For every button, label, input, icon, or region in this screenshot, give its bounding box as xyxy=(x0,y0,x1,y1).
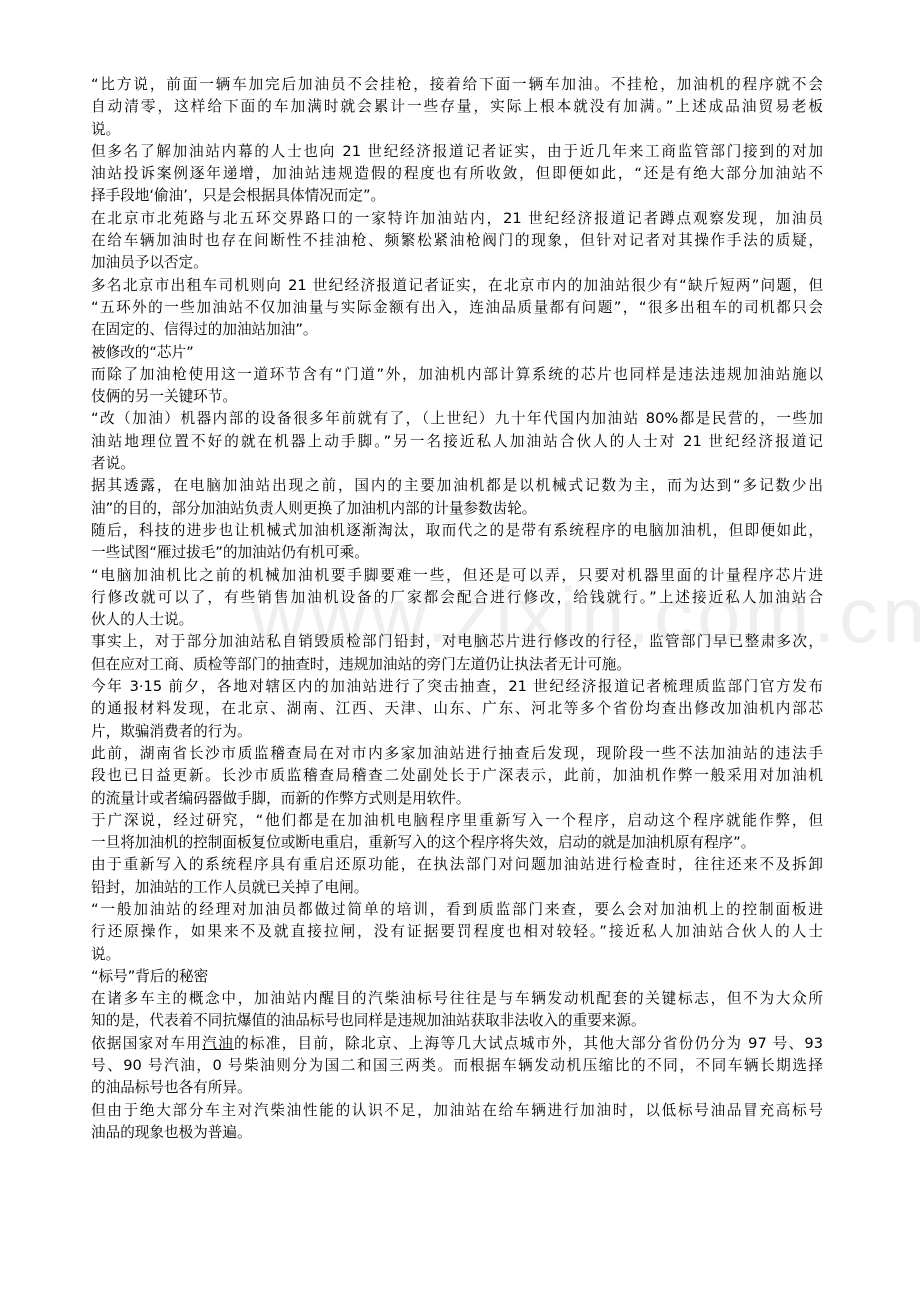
paragraph: 此前，湖南省长沙市质监稽查局在对市内多家加油站进行抽查后发现，现阶段一些不法加油… xyxy=(91,743,823,810)
text-line: 在固定的、信得过的加油站加油”。 xyxy=(91,319,823,341)
paragraph: 由于重新写入的系统程序具有重启还原功能，在执法部门对问题加油站进行检查时，往往还… xyxy=(91,854,823,899)
text-line: 加油员予以否定。 xyxy=(91,252,823,274)
text-line: 段也已日益更新。长沙市质监稽查局稽查二处副处长于广深表示，此前，加油机作弊一般采… xyxy=(91,765,823,787)
text-line: 在诸多车主的概念中，加油站内醒目的汽柴油标号往往是与车辆发动机配套的关键标志，但… xyxy=(91,988,823,1010)
text-line: 但在应对工商、质检等部门的抽查时，违规加油站的旁门左道仍让执法者无计可施。 xyxy=(91,654,823,676)
text-line: 在给车辆加油时也存在间断性不挂油枪、频繁松紧油枪阀门的现象，但针对记者对其操作手… xyxy=(91,230,823,252)
text-line: 此前，湖南省长沙市质监稽查局在对市内多家加油站进行抽查后发现，现阶段一些不法加油… xyxy=(91,743,823,765)
text-line: 伎俩的另一关键环节。 xyxy=(91,386,823,408)
text-line: 自动清零，这样给下面的车加满时就会累计一些存量，实际上根本就没有加满。”上述成品… xyxy=(91,96,823,118)
heading-text: 被修改的“芯片” xyxy=(91,342,823,364)
paragraph: “比方说，前面一辆车加完后加油员不会挂枪，接着给下面一辆车加油。不挂枪，加油机的… xyxy=(91,74,823,141)
text-line: “一般加油站的经理对加油员都做过简单的培训，看到质监部门来查，要么会对加油机上的… xyxy=(91,899,823,921)
text-line: 一旦将加油机的控制面板复位或断电重启，重新写入的这个程序将失效，启动的就是加油机… xyxy=(91,832,823,854)
text-line: 油品的现象也极为普遍。 xyxy=(91,1122,823,1144)
text-segment: 的标准，目前，除北京、上海等几大试点城市外，其他大部分省份仍分为 97 号、93 xyxy=(234,1035,823,1052)
text-line: 行修改就可以了，有些销售加油机设备的厂家都会配合进行修改，给钱就行。”上述接近私… xyxy=(91,587,823,609)
text-line: “五环外的一些加油站不仅加油量与实际金额有出入，连油品质量都有问题”，“很多出租… xyxy=(91,297,823,319)
paragraph: 在北京市北苑路与北五环交界路口的一家特许加油站内，21 世纪经济报道记者蹲点观察… xyxy=(91,208,823,275)
paragraph: “一般加油站的经理对加油员都做过简单的培训，看到质监部门来查，要么会对加油机上的… xyxy=(91,899,823,966)
heading-text: “标号”背后的秘密 xyxy=(91,966,823,988)
text-line: 在北京市北苑路与北五环交界路口的一家特许加油站内，21 世纪经济报道记者蹲点观察… xyxy=(91,208,823,230)
section-heading: “标号”背后的秘密 xyxy=(91,966,823,988)
text-line: 伙人的人士说。 xyxy=(91,609,823,631)
text-line: 一些试图“雁过拔毛”的加油站仍有机可乘。 xyxy=(91,542,823,564)
text-line: “电脑加油机比之前的机械加油机要手脚要难一些，但还是可以弄，只要对机器里面的计量… xyxy=(91,565,823,587)
text-line: 但由于绝大部分车主对汽柴油性能的认识不足，加油站在给车辆进行加油时，以低标号油品… xyxy=(91,1100,823,1122)
text-line: 油站投诉案例逐年递增，加油站违规造假的程度也有所收敛，但即便如此，“还是有绝大部… xyxy=(91,163,823,185)
paragraph: 于广深说，经过研究，“他们都是在加油机电脑程序里重新写入一个程序，启动这个程序就… xyxy=(91,810,823,855)
text-line: 号、90 号汽油，0 号柴油则分为国二和国三两类。而根据车辆发动机压缩比的不同，… xyxy=(91,1055,823,1077)
gasoline-link[interactable]: 汽油 xyxy=(202,1035,234,1052)
text-line: 铅封，加油站的工作人员就已关掉了电闸。 xyxy=(91,877,823,899)
text-line: 片，欺骗消费者的行为。 xyxy=(91,721,823,743)
paragraph: “电脑加油机比之前的机械加油机要手脚要难一些，但还是可以弄，只要对机器里面的计量… xyxy=(91,565,823,632)
text-line: 行还原操作，如果来不及就直接拉闸，没有证据要罚程度也相对较轻。”接近私人加油站合… xyxy=(91,921,823,943)
text-line: 知的是，代表着不同抗爆值的油品标号也同样是违规加油站获取非法收入的重要来源。 xyxy=(91,1010,823,1032)
paragraph: 依据国家对车用汽油的标准，目前，除北京、上海等几大试点城市外，其他大部分省份仍分… xyxy=(91,1033,823,1100)
text-line: 今年 3·15 前夕，各地对辖区内的加油站进行了突击抽查，21 世纪经济报道记者… xyxy=(91,676,823,698)
text-line: “改（加油）机器内部的设备很多年前就有了，（上世纪）九十年代国内加油站 80%都… xyxy=(91,408,823,430)
text-line: 据其透露，在电脑加油站出现之前，国内的主要加油机都是以机械式记数为主，而为达到“… xyxy=(91,475,823,497)
text-line: 说。 xyxy=(91,944,823,966)
paragraph: 在诸多车主的概念中，加油站内醒目的汽柴油标号往往是与车辆发动机配套的关键标志，但… xyxy=(91,988,823,1033)
paragraph: 随后，科技的进步也让机械式加油机逐渐淘汰，取而代之的是带有系统程序的电脑加油机，… xyxy=(91,520,823,565)
text-line: 于广深说，经过研究，“他们都是在加油机电脑程序里重新写入一个程序，启动这个程序就… xyxy=(91,810,823,832)
text-line: 油站地理位置不好的就在机器上动手脚。”另一名接近私人加油站合伙人的人士对 21 … xyxy=(91,431,823,453)
text-line: 者说。 xyxy=(91,453,823,475)
paragraph: “改（加油）机器内部的设备很多年前就有了，（上世纪）九十年代国内加油站 80%都… xyxy=(91,408,823,475)
paragraph: 多名北京市出租车司机则向 21 世纪经济报道记者证实，在北京市内的加油站很少有“… xyxy=(91,275,823,342)
text-line: 随后，科技的进步也让机械式加油机逐渐淘汰，取而代之的是带有系统程序的电脑加油机，… xyxy=(91,520,823,542)
document-body: “比方说，前面一辆车加完后加油员不会挂枪，接着给下面一辆车加油。不挂枪，加油机的… xyxy=(91,74,823,1144)
text-line: “比方说，前面一辆车加完后加油员不会挂枪，接着给下面一辆车加油。不挂枪，加油机的… xyxy=(91,74,823,96)
text-line: 多名北京市出租车司机则向 21 世纪经济报道记者证实，在北京市内的加油站很少有“… xyxy=(91,275,823,297)
text-line: 而除了加油枪使用这一道环节含有“门道”外，加油机内部计算系统的芯片也同样是违法违… xyxy=(91,364,823,386)
paragraph: 今年 3·15 前夕，各地对辖区内的加油站进行了突击抽查，21 世纪经济报道记者… xyxy=(91,676,823,743)
paragraph: 但由于绝大部分车主对汽柴油性能的认识不足，加油站在给车辆进行加油时，以低标号油品… xyxy=(91,1100,823,1145)
text-line: 但多名了解加油站内幕的人士也向 21 世纪经济报道记者证实，由于近几年来工商监管… xyxy=(91,141,823,163)
text-line: 说。 xyxy=(91,119,823,141)
paragraph: 据其透露，在电脑加油站出现之前，国内的主要加油机都是以机械式记数为主，而为达到“… xyxy=(91,475,823,520)
section-heading: 被修改的“芯片” xyxy=(91,342,823,364)
text-line: 的流量计或者编码器做手脚，而新的作弊方式则是用软件。 xyxy=(91,788,823,810)
paragraph: 事实上，对于部分加油站私自销毁质检部门铅封，对电脑芯片进行修改的行径，监管部门早… xyxy=(91,631,823,676)
text-segment: 依据国家对车用 xyxy=(91,1035,202,1052)
text-line-with-link: 依据国家对车用汽油的标准，目前，除北京、上海等几大试点城市外，其他大部分省份仍分… xyxy=(91,1033,823,1055)
text-line: 的油品标号也各有所异。 xyxy=(91,1077,823,1099)
text-line: 择手段地‘偷油’，只是会根据具体情况而定”。 xyxy=(91,185,823,207)
text-line: 油”的目的，部分加油站负责人则更换了加油机内部的计量参数齿轮。 xyxy=(91,498,823,520)
text-line: 由于重新写入的系统程序具有重启还原功能，在执法部门对问题加油站进行检查时，往往还… xyxy=(91,854,823,876)
paragraph: 但多名了解加油站内幕的人士也向 21 世纪经济报道记者证实，由于近几年来工商监管… xyxy=(91,141,823,208)
text-line: 的通报材料发现，在北京、湖南、江西、天津、山东、广东、河北等多个省份均查出修改加… xyxy=(91,698,823,720)
paragraph: 而除了加油枪使用这一道环节含有“门道”外，加油机内部计算系统的芯片也同样是违法违… xyxy=(91,364,823,409)
text-line: 事实上，对于部分加油站私自销毁质检部门铅封，对电脑芯片进行修改的行径，监管部门早… xyxy=(91,631,823,653)
